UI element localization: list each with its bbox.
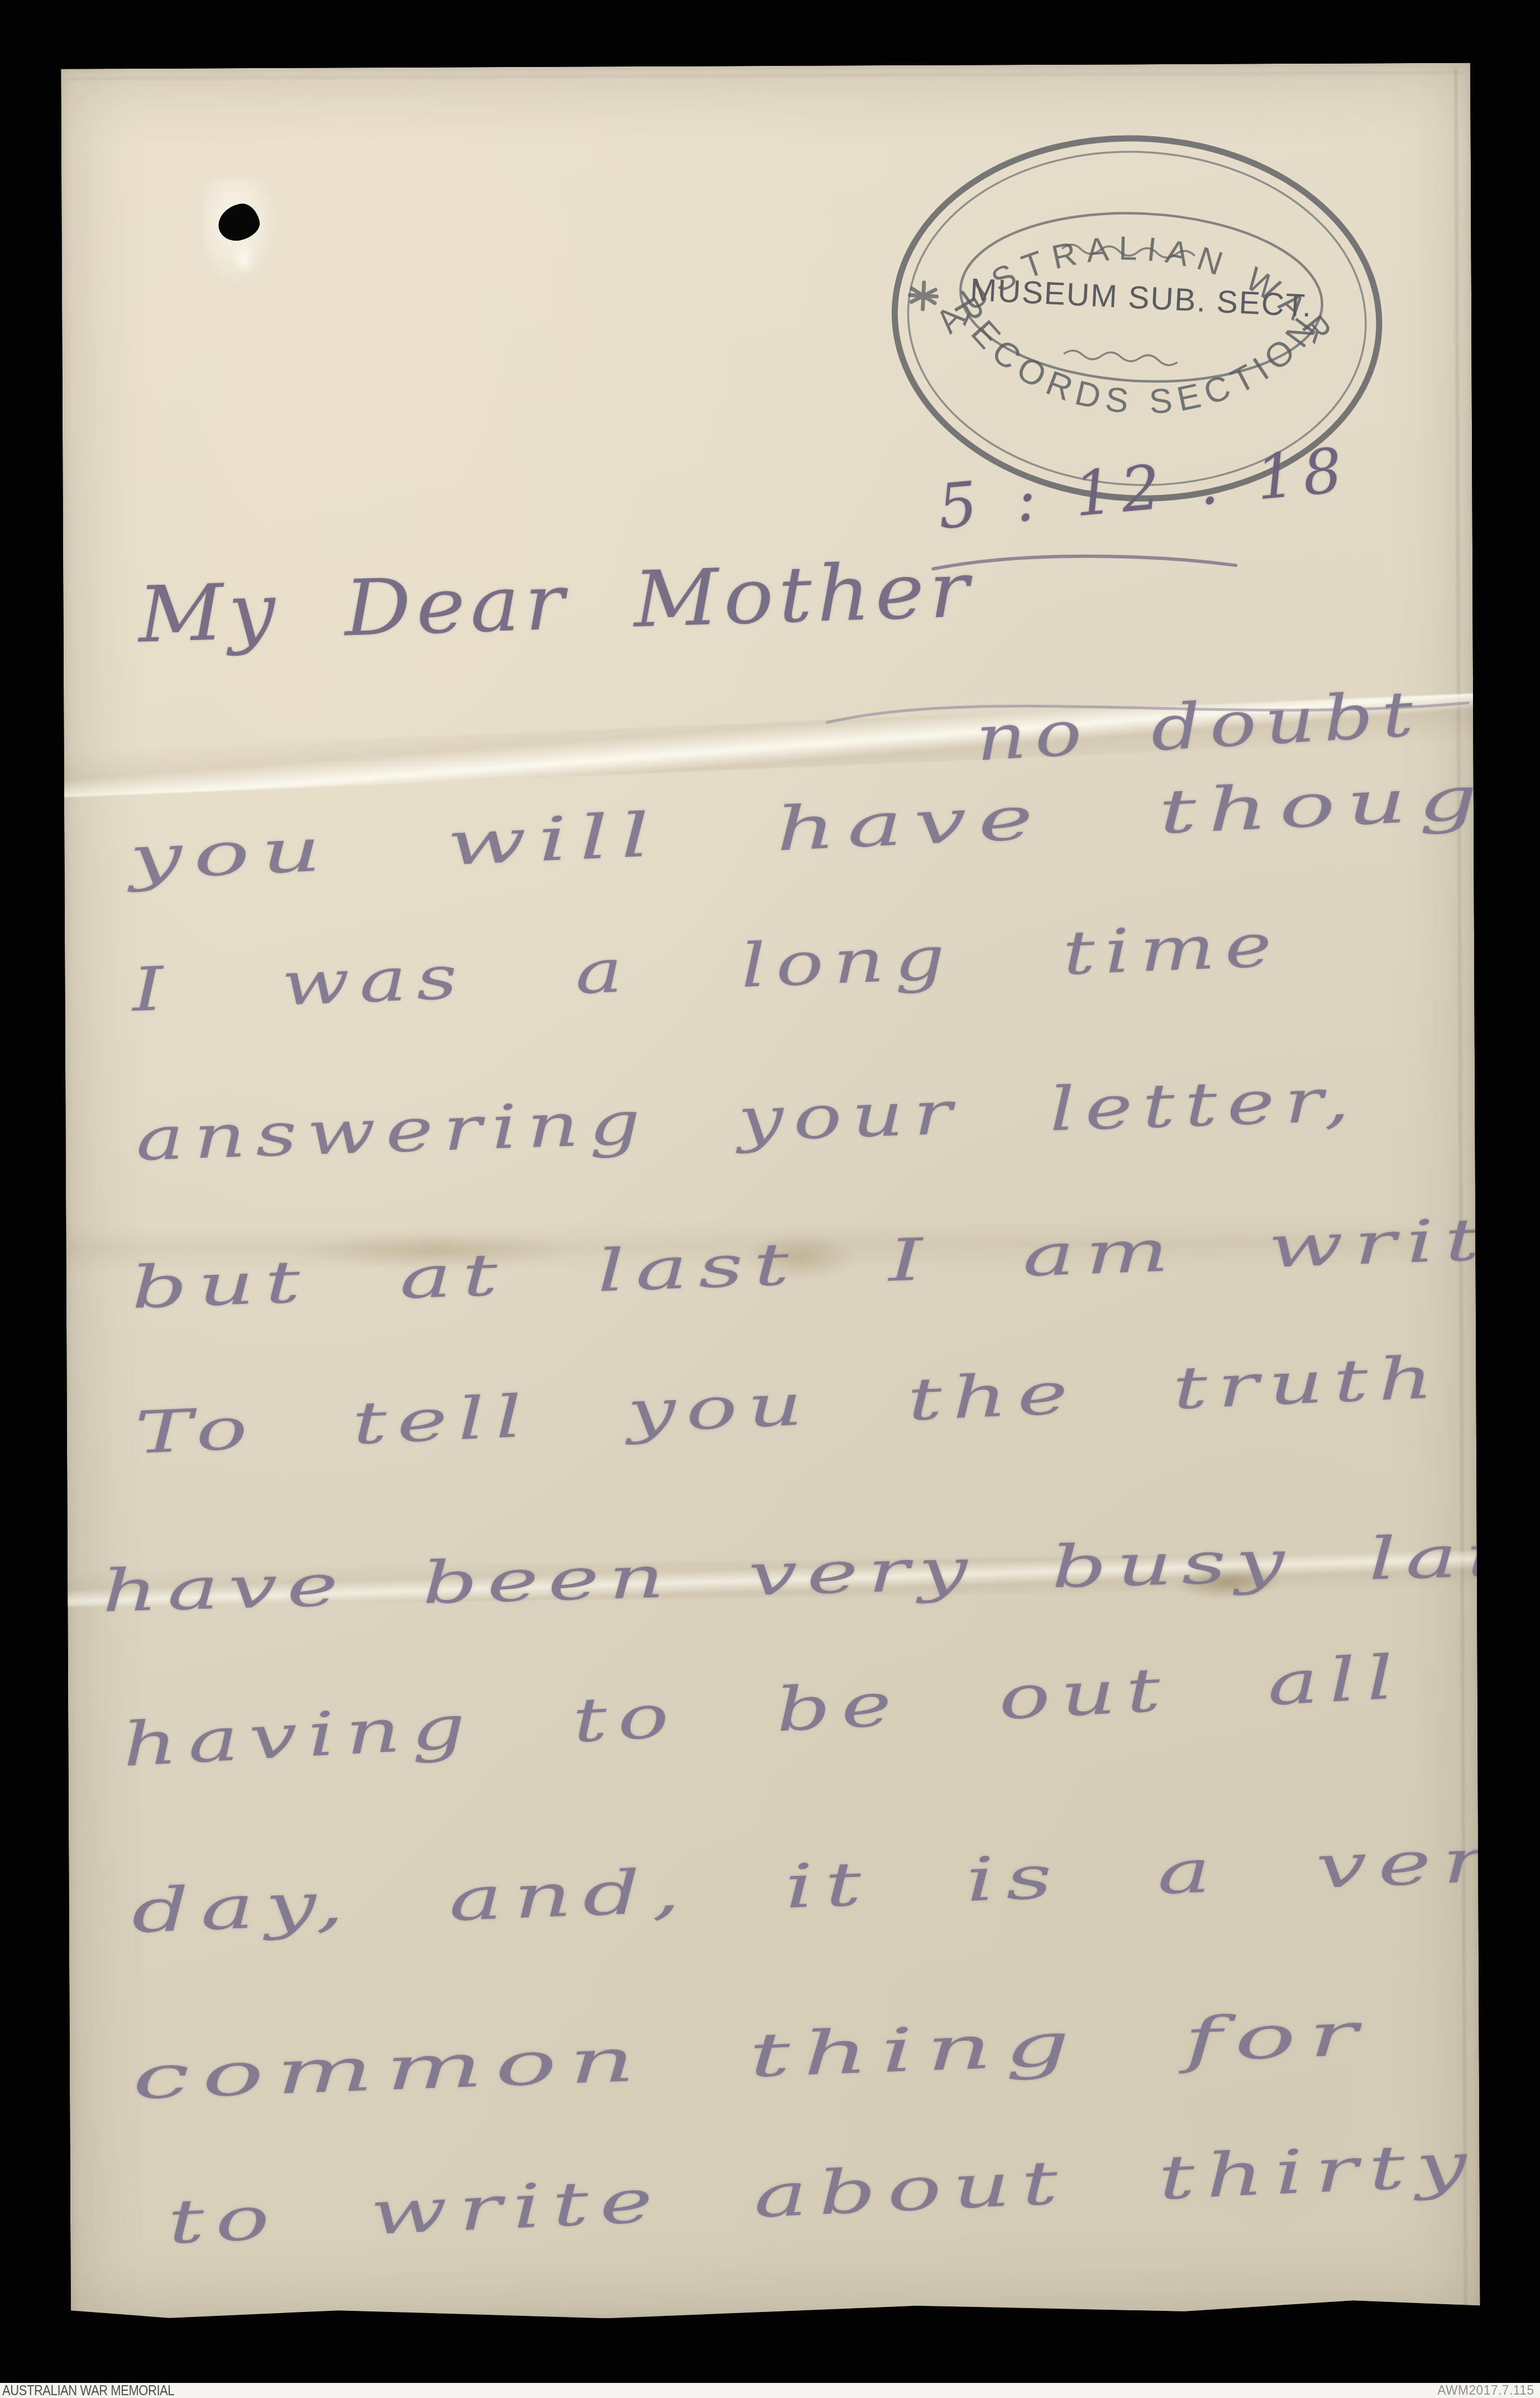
stamp-star-icon bbox=[910, 282, 938, 310]
memorial-credit-label: AUSTRALIAN WAR MEMORIAL bbox=[2, 2383, 174, 2398]
handwriting-line: have been very busy lately bbox=[101, 1517, 1540, 1625]
handwriting-line: answering your letter, bbox=[135, 1065, 1360, 1174]
paper-top-edge-shadow bbox=[66, 72, 1465, 80]
scanned-letter-screenshot: AUSTRALIAN WAR RECORDS SECTION MUSEUM SU… bbox=[0, 0, 1540, 2398]
credit-strip: AUSTRALIAN WAR MEMORIAL AWM2017.7.115 bbox=[0, 2383, 1540, 2398]
accession-number-label: AWM2017.7.115 bbox=[1438, 2383, 1534, 2398]
handwriting-line: common thing for me bbox=[131, 1989, 1540, 2113]
letter-salutation: My Dear Mother bbox=[137, 544, 975, 660]
stamp-squiggle-bottom bbox=[1063, 350, 1178, 366]
paper-right-edge-shadow bbox=[1455, 68, 1467, 2309]
handwriting-line: but at last I am writing bbox=[130, 1199, 1540, 1322]
handwriting-line: day, and, it is a very bbox=[130, 1823, 1540, 1947]
paper-hole bbox=[202, 179, 276, 284]
handwriting-line: you will have thought bbox=[128, 758, 1540, 894]
letter-paper: AUSTRALIAN WAR RECORDS SECTION MUSEUM SU… bbox=[61, 63, 1480, 2322]
handwriting-line: I was a long time bbox=[131, 910, 1283, 1025]
handwriting-line: having to be out all bbox=[121, 1642, 1406, 1780]
handwriting-line: To tell you the truth I bbox=[134, 1337, 1540, 1467]
handwriting-line: no doubt bbox=[974, 677, 1423, 775]
handwriting-line: to write about thirty bbox=[166, 2129, 1479, 2257]
paper-hole-tear-fiber bbox=[232, 242, 256, 274]
